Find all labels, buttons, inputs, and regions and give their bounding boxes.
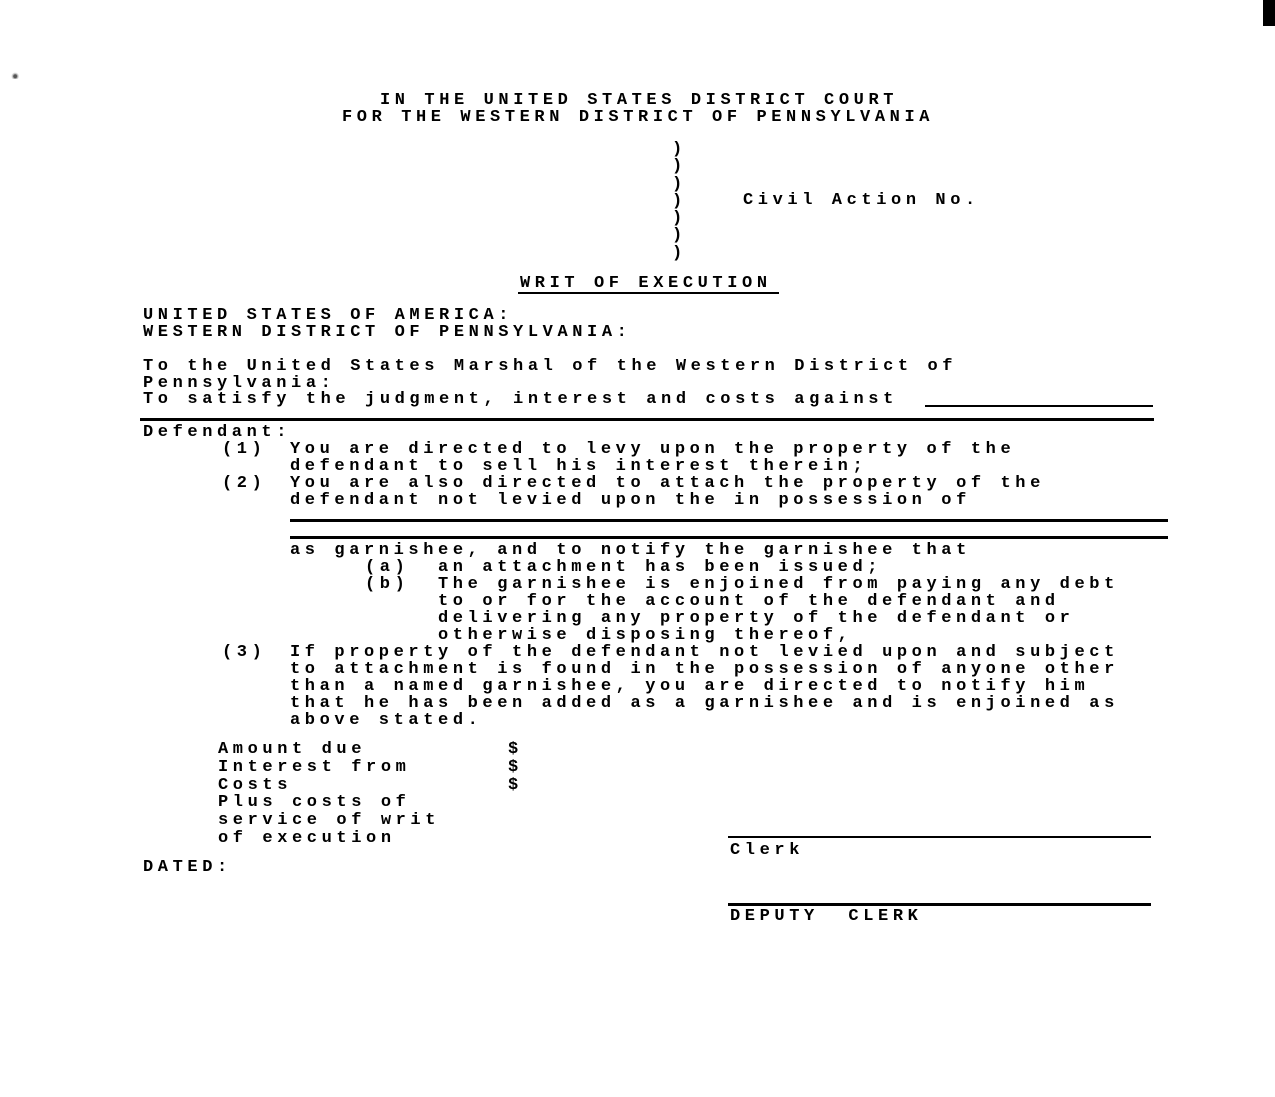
garnishee-blank-line-1	[290, 519, 1168, 522]
directive-1-line-1: You are directed to levy upon the proper…	[290, 441, 1015, 458]
directive-3-line-5: above stated.	[290, 712, 482, 729]
marshal-line-1: To the United States Marshal of the West…	[143, 358, 957, 375]
subitem-a-number: (a)	[365, 559, 409, 576]
writ-of-execution-scan: IN THE UNITED STATES DISTRICT COURT FOR …	[0, 0, 1275, 1097]
deputy-clerk-label: DEPUTY CLERK	[730, 908, 922, 925]
directive-1-number: (1)	[222, 441, 266, 458]
interest-from-label: Interest from	[218, 759, 410, 776]
caption-paren-column: ) ) ) ) ) ) )	[672, 141, 687, 262]
directive-3-line-1: If property of the defendant not levied …	[290, 644, 1119, 661]
dated-label: DATED:	[143, 859, 232, 876]
directive-3-line-3: than a named garnishee, you are directed…	[290, 678, 1089, 695]
subitem-a-line-1: an attachment has been issued;	[438, 559, 882, 576]
judgment-against-blank-line	[925, 405, 1153, 407]
directive-3-line-2: to attachment is found in the possession…	[290, 661, 1119, 678]
plus-costs-line-1: Plus costs of	[218, 794, 410, 811]
defendant-label: Defendant:	[143, 424, 291, 441]
directive-2-line-1: You are also directed to attach the prop…	[290, 475, 1045, 492]
address-line-usa: UNITED STATES OF AMERICA:	[143, 307, 513, 324]
subitem-b-line-1: The garnishee is enjoined from paying an…	[438, 576, 1119, 593]
clerk-label: Clerk	[730, 842, 804, 859]
directive-2-number: (2)	[222, 475, 266, 492]
document-title-underline	[518, 292, 779, 294]
court-name-line-1: IN THE UNITED STATES DISTRICT COURT	[380, 92, 898, 109]
directive-3-line-4: that he has been added as a garnishee an…	[290, 695, 1119, 712]
directive-1-line-2: defendant to sell his interest therein;	[290, 458, 867, 475]
civil-action-number-label: Civil Action No.	[743, 192, 980, 209]
address-line-district: WESTERN DISTRICT OF PENNSYLVANIA:	[143, 324, 631, 341]
marshal-line-3: To satisfy the judgment, interest and co…	[143, 391, 898, 408]
court-name-line-2: FOR THE WESTERN DISTRICT OF PENNSYLVANIA	[342, 109, 934, 126]
subitem-b-line-3: delivering any property of the defendant…	[438, 610, 1074, 627]
subitem-b-line-4: otherwise disposing thereof,	[438, 627, 852, 644]
amount-due-label: Amount due	[218, 741, 366, 758]
costs-dollar-sign: $	[508, 777, 523, 794]
interest-from-dollar-sign: $	[508, 759, 523, 776]
clerk-signature-line	[728, 836, 1151, 838]
costs-label: Costs	[218, 777, 292, 794]
deputy-clerk-signature-line	[728, 903, 1151, 906]
garnishee-intro-line: as garnishee, and to notify the garnishe…	[290, 542, 971, 559]
scan-corner-artifact	[1263, 0, 1275, 26]
directive-3-number: (3)	[222, 644, 266, 661]
subitem-b-number: (b)	[365, 576, 409, 593]
scan-speck-artifact	[8, 70, 20, 79]
plus-costs-line-2: service of writ	[218, 812, 440, 829]
garnishee-blank-line-2	[290, 536, 1168, 539]
document-title: WRIT OF EXECUTION	[520, 275, 772, 292]
amount-due-dollar-sign: $	[508, 741, 523, 758]
directive-2-line-2: defendant not levied upon the in possess…	[290, 492, 971, 509]
subitem-b-line-2: to or for the account of the defendant a…	[438, 593, 1060, 610]
defendant-name-blank-line	[140, 418, 1154, 421]
plus-costs-line-3: of execution	[218, 830, 396, 847]
